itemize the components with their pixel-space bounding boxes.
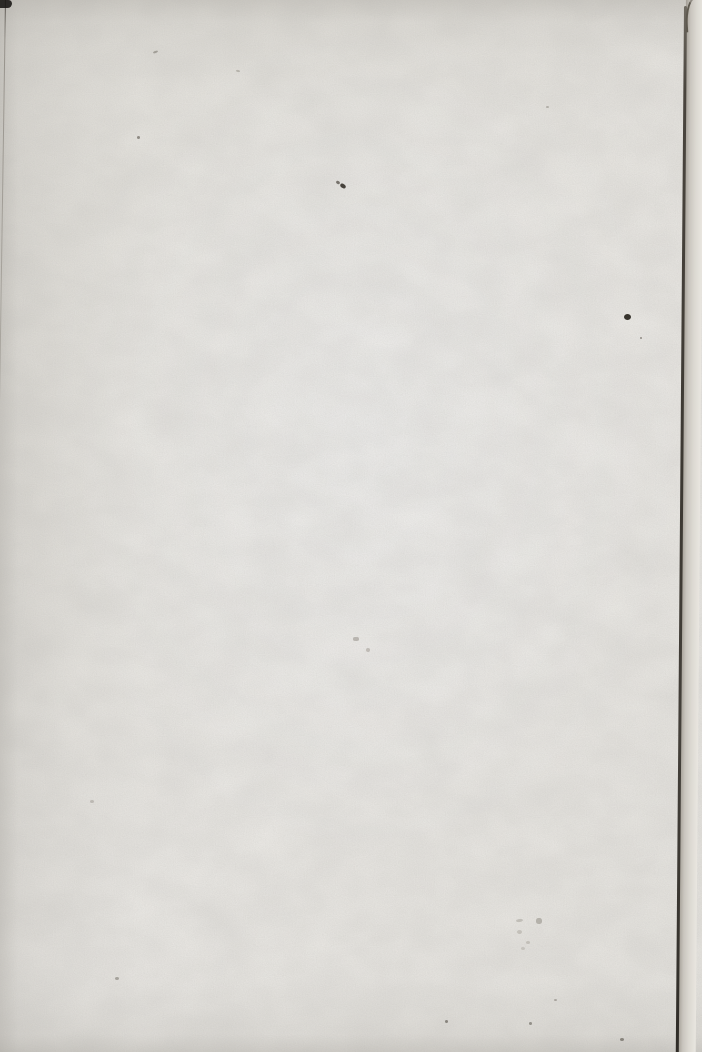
ink-speck [236,70,240,73]
ink-speck [554,999,557,1001]
ink-speck [640,337,642,339]
ink-fleck [339,183,346,190]
ink-speck [90,800,94,803]
faint-mark [366,648,370,652]
faint-mark [526,941,530,944]
ink-speck [445,1020,448,1023]
corner-blot-mark [0,0,12,8]
scanned-page [0,0,702,1052]
faint-mark [353,637,359,641]
faint-mark [536,918,542,924]
faint-mark [517,930,522,934]
ink-speck [620,1038,624,1041]
ink-speck [153,50,158,54]
faint-mark [516,919,523,923]
ink-speck [529,1022,532,1025]
marks-layer [0,0,702,1052]
ink-speck [546,106,549,108]
ink-dot [624,314,631,320]
ink-speck [137,136,140,139]
ink-speck [115,977,119,980]
faint-mark [521,947,525,950]
